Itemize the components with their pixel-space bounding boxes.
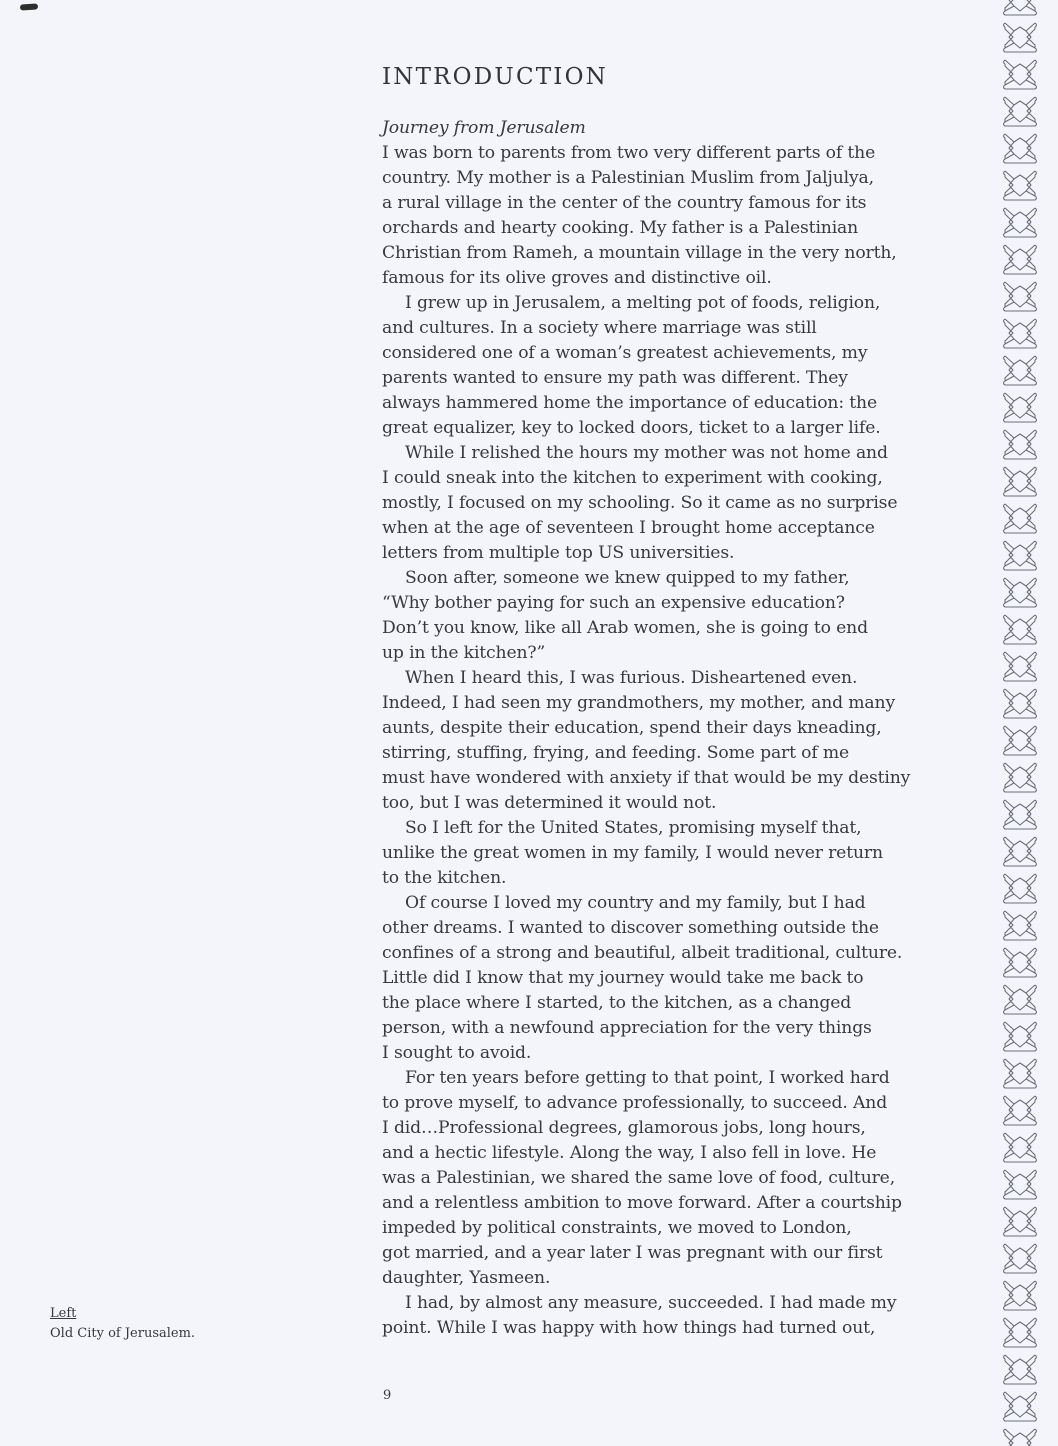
paragraphs: I was born to parents from two very diff… bbox=[382, 141, 952, 1341]
text-line: mostly, I focused on my schooling. So it… bbox=[382, 491, 952, 516]
text-line: I did…Professional degrees, glamorous jo… bbox=[382, 1116, 952, 1141]
caption-text: Old City of Jerusalem. bbox=[50, 1326, 195, 1341]
text-line: the place where I started, to the kitche… bbox=[382, 991, 952, 1016]
text-line: parents wanted to ensure my path was dif… bbox=[382, 366, 952, 391]
caption-label: Left bbox=[50, 1304, 195, 1324]
ink-smudge bbox=[20, 3, 38, 10]
text-line: While I relished the hours my mother was… bbox=[382, 441, 952, 466]
image-caption: Left Old City of Jerusalem. bbox=[50, 1304, 195, 1344]
text-line: when at the age of seventeen I brought h… bbox=[382, 516, 952, 541]
text-line: was a Palestinian, we shared the same lo… bbox=[382, 1166, 952, 1191]
text-line: Christian from Rameh, a mountain village… bbox=[382, 241, 952, 266]
text-line: confines of a strong and beautiful, albe… bbox=[382, 941, 952, 966]
text-line: Soon after, someone we knew quipped to m… bbox=[382, 566, 952, 591]
text-line: letters from multiple top US universitie… bbox=[382, 541, 952, 566]
x-chain-border-icon bbox=[1000, 0, 1040, 1446]
body-text: Journey from Jerusalem I was born to par… bbox=[382, 116, 952, 1341]
text-line: considered one of a woman’s greatest ach… bbox=[382, 341, 952, 366]
text-line: country. My mother is a Palestinian Musl… bbox=[382, 166, 952, 191]
text-line: great equalizer, key to locked doors, ti… bbox=[382, 416, 952, 441]
text-line: aunts, despite their education, spend th… bbox=[382, 716, 952, 741]
text-line: person, with a newfound appreciation for… bbox=[382, 1016, 952, 1041]
text-line: Indeed, I had seen my grandmothers, my m… bbox=[382, 691, 952, 716]
text-line: point. While I was happy with how things… bbox=[382, 1316, 952, 1341]
text-line: and a relentless ambition to move forwar… bbox=[382, 1191, 952, 1216]
text-line: Little did I know that my journey would … bbox=[382, 966, 952, 991]
section-subtitle: Journey from Jerusalem bbox=[382, 116, 952, 141]
text-line: I grew up in Jerusalem, a melting pot of… bbox=[382, 291, 952, 316]
text-line: I could sneak into the kitchen to experi… bbox=[382, 466, 952, 491]
text-line: to prove myself, to advance professional… bbox=[382, 1091, 952, 1116]
text-line: unlike the great women in my family, I w… bbox=[382, 841, 952, 866]
text-line: I sought to avoid. bbox=[382, 1041, 952, 1066]
text-line: impeded by political constraints, we mov… bbox=[382, 1216, 952, 1241]
text-line: Don’t you know, like all Arab women, she… bbox=[382, 616, 952, 641]
page-title: INTRODUCTION bbox=[382, 64, 608, 90]
page-number: 9 bbox=[383, 1388, 391, 1403]
text-line: other dreams. I wanted to discover somet… bbox=[382, 916, 952, 941]
text-line: So I left for the United States, promisi… bbox=[382, 816, 952, 841]
text-line: too, but I was determined it would not. bbox=[382, 791, 952, 816]
text-line: When I heard this, I was furious. Dishea… bbox=[382, 666, 952, 691]
text-line: For ten years before getting to that poi… bbox=[382, 1066, 952, 1091]
text-line: always hammered home the importance of e… bbox=[382, 391, 952, 416]
text-line: got married, and a year later I was preg… bbox=[382, 1241, 952, 1266]
text-line: I had, by almost any measure, succeeded.… bbox=[382, 1291, 952, 1316]
text-line: and cultures. In a society where marriag… bbox=[382, 316, 952, 341]
text-line: up in the kitchen?” bbox=[382, 641, 952, 666]
text-line: and a hectic lifestyle. Along the way, I… bbox=[382, 1141, 952, 1166]
text-line: stirring, stuffing, frying, and feeding.… bbox=[382, 741, 952, 766]
text-line: orchards and hearty cooking. My father i… bbox=[382, 216, 952, 241]
text-line: “Why bother paying for such an expensive… bbox=[382, 591, 952, 616]
text-line: must have wondered with anxiety if that … bbox=[382, 766, 952, 791]
text-line: famous for its olive groves and distinct… bbox=[382, 266, 952, 291]
text-line: daughter, Yasmeen. bbox=[382, 1266, 952, 1291]
text-line: Of course I loved my country and my fami… bbox=[382, 891, 952, 916]
text-line: to the kitchen. bbox=[382, 866, 952, 891]
text-line: I was born to parents from two very diff… bbox=[382, 141, 952, 166]
text-line: a rural village in the center of the cou… bbox=[382, 191, 952, 216]
